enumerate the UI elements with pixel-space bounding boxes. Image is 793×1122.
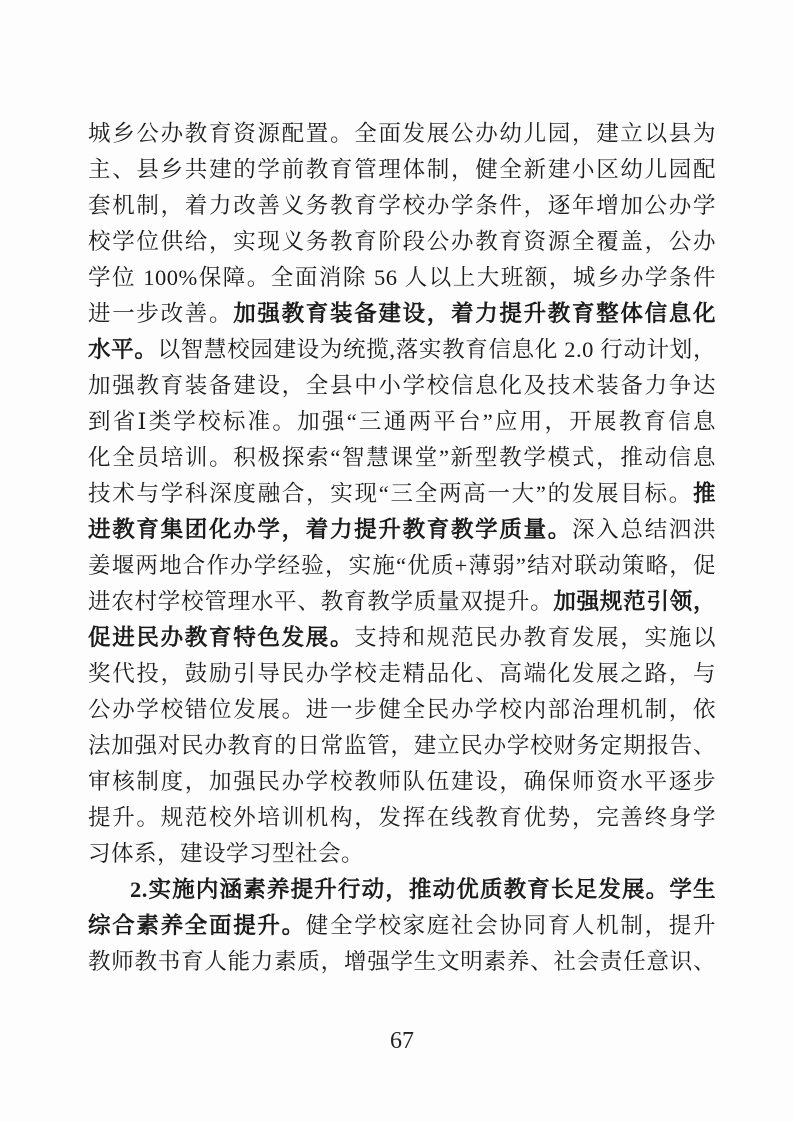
page-number: 67 — [88, 1028, 716, 1055]
bold-text-run: 加强规范引领， — [553, 589, 716, 614]
text-line: 综合素养全面提升。健全学校家庭社会协同育人机制，提升 — [88, 908, 716, 944]
text-run: 深入总结泗洪 — [572, 517, 716, 542]
bold-text-run: 综合素养全面提升。 — [88, 913, 306, 938]
text-line: 习体系，建设学习型社会。 — [88, 836, 716, 872]
text-line: 校学位供给，实现义务教育阶段公办教育资源全覆盖，公办 — [88, 224, 716, 260]
text-run: 学位 100%保障。全面消除 56 人以上大班额，城乡办学条件 — [88, 265, 716, 290]
text-line: 提升。规范校外培训机构，发挥在线教育优势，完善终身学 — [88, 800, 716, 836]
text-run: 公办学校错位发展。进一步健全民办学校内部治理机制，依 — [88, 697, 716, 722]
text-run: 法加强对民办教育的日常监管，建立民办学校财务定期报告、 — [88, 733, 716, 758]
text-line: 进一步改善。加强教育装备建设，着力提升教育整体信息化 — [88, 296, 716, 332]
bold-text-run: 推 — [693, 481, 716, 506]
bold-text-run: 加强教育装备建设，着力提升教育整体信息化 — [233, 301, 716, 326]
text-line: 审核制度，加强民办学校教师队伍建设，确保师资水平逐步 — [88, 764, 716, 800]
text-line: 姜堰两地合作办学经验，实施“优质+薄弱”结对联动策略，促 — [88, 548, 716, 584]
text-run: 习体系，建设学习型社会。 — [88, 841, 364, 866]
text-line: 技术与学科深度融合，实现“三全两高一大”的发展目标。推 — [88, 476, 716, 512]
text-line: 水平。以智慧校园建设为统揽,落实教育信息化 2.0 行动计划， — [88, 332, 716, 368]
text-run: 提升。规范校外培训机构，发挥在线教育优势，完善终身学 — [88, 805, 716, 830]
bold-text-run: 促进民办教育特色发展。 — [88, 625, 354, 650]
text-run: 城乡公办教育资源配置。全面发展公办幼儿园，建立以县为 — [88, 121, 716, 146]
body-text: 城乡公办教育资源配置。全面发展公办幼儿园，建立以县为主、县乡共建的学前教育管理体… — [88, 116, 716, 980]
text-line: 进教育集团化办学，着力提升教育教学质量。深入总结泗洪 — [88, 512, 716, 548]
text-line: 奖代投，鼓励引导民办学校走精品化、高端化发展之路，与 — [88, 656, 716, 692]
text-line: 公办学校错位发展。进一步健全民办学校内部治理机制，依 — [88, 692, 716, 728]
text-run: 加强教育装备建设，全县中小学校信息化及技术装备力争达 — [88, 373, 716, 398]
text-run: 进农村学校管理水平、教育教学质量双提升。 — [88, 589, 553, 614]
text-run: 健全学校家庭社会协同育人机制，提升 — [306, 913, 716, 938]
document-page: 城乡公办教育资源配置。全面发展公办幼儿园，建立以县为主、县乡共建的学前教育管理体… — [0, 0, 793, 1122]
text-run: 教师教书育人能力素质，增强学生文明素养、社会责任意识、 — [88, 949, 716, 974]
text-line: 法加强对民办教育的日常监管，建立民办学校财务定期报告、 — [88, 728, 716, 764]
text-line: 2.实施内涵素养提升行动，推动优质教育长足发展。学生 — [88, 872, 716, 908]
text-line: 教师教书育人能力素质，增强学生文明素养、社会责任意识、 — [88, 944, 716, 980]
text-run: 姜堰两地合作办学经验，实施“优质+薄弱”结对联动策略，促 — [88, 553, 716, 578]
text-run: 支持和规范民办教育发展，实施以 — [354, 625, 716, 650]
text-run: 以智慧校园建设为统揽,落实教育信息化 2.0 行动计划， — [158, 337, 716, 362]
text-run: 主、县乡共建的学前教育管理体制，健全新建小区幼儿园配 — [88, 157, 716, 182]
text-run: 审核制度，加强民办学校教师队伍建设，确保师资水平逐步 — [88, 769, 716, 794]
text-run: 进一步改善。 — [88, 301, 233, 326]
text-line: 主、县乡共建的学前教育管理体制，健全新建小区幼儿园配 — [88, 152, 716, 188]
text-line: 套机制，着力改善义务教育学校办学条件，逐年增加公办学 — [88, 188, 716, 224]
text-run: 化全员培训。积极探索“智慧课堂”新型教学模式，推动信息 — [88, 445, 716, 470]
text-run: 到省Ⅰ类学校标准。加强“三通两平台”应用，开展教育信息 — [88, 409, 716, 434]
text-run: 套机制，着力改善义务教育学校办学条件，逐年增加公办学 — [88, 193, 716, 218]
text-line: 学位 100%保障。全面消除 56 人以上大班额，城乡办学条件 — [88, 260, 716, 296]
bold-text-run: 水平。 — [88, 337, 158, 362]
text-run: 奖代投，鼓励引导民办学校走精品化、高端化发展之路，与 — [88, 661, 716, 686]
text-line: 促进民办教育特色发展。支持和规范民办教育发展，实施以 — [88, 620, 716, 656]
text-line: 城乡公办教育资源配置。全面发展公办幼儿园，建立以县为 — [88, 116, 716, 152]
bold-text-run: 2.实施内涵素养提升行动，推动优质教育长足发展。学生 — [130, 877, 716, 902]
text-line: 化全员培训。积极探索“智慧课堂”新型教学模式，推动信息 — [88, 440, 716, 476]
text-line: 进农村学校管理水平、教育教学质量双提升。加强规范引领， — [88, 584, 716, 620]
text-line: 到省Ⅰ类学校标准。加强“三通两平台”应用，开展教育信息 — [88, 404, 716, 440]
text-line: 加强教育装备建设，全县中小学校信息化及技术装备力争达 — [88, 368, 716, 404]
bold-text-run: 进教育集团化办学，着力提升教育教学质量。 — [88, 517, 572, 542]
text-run: 技术与学科深度融合，实现“三全两高一大”的发展目标。 — [88, 481, 693, 506]
text-run: 校学位供给，实现义务教育阶段公办教育资源全覆盖，公办 — [88, 229, 716, 254]
